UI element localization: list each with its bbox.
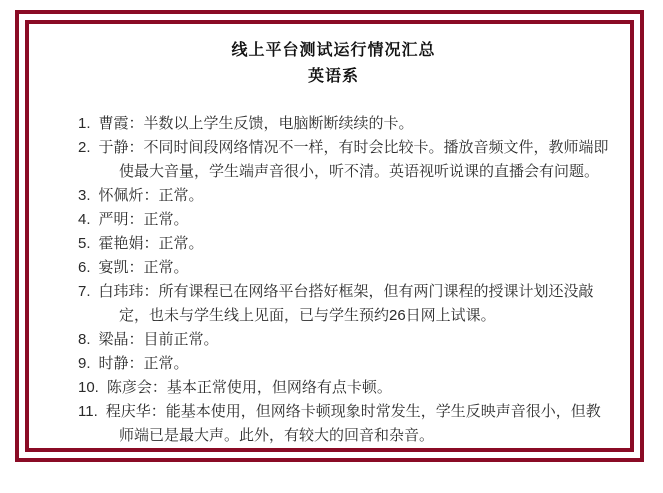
document-content: 线上平台测试运行情况汇总 英语系 1.曹霞：半数以上学生反馈，电脑断断续续的卡。…	[29, 24, 630, 448]
inner-border-frame: 线上平台测试运行情况汇总 英语系 1.曹霞：半数以上学生反馈，电脑断断续续的卡。…	[25, 20, 634, 452]
list-item: 7.白玮玮：所有课程已在网络平台搭好框架，但有两门课程的授课计划还没敲定，也未与…	[53, 280, 614, 328]
document-page: 线上平台测试运行情况汇总 英语系 1.曹霞：半数以上学生反馈，电脑断断续续的卡。…	[0, 0, 663, 493]
item-text: 时静：正常。	[99, 355, 189, 372]
item-number: 9.	[78, 355, 91, 372]
item-number: 3.	[78, 187, 91, 204]
item-text: 程庆华：能基本使用，但网络卡顿现象时常发生，学生反映声音很小，但教师端已是最大声…	[106, 403, 601, 444]
report-list: 1.曹霞：半数以上学生反馈，电脑断断续续的卡。2.于静：不同时间段网络情况不一样…	[53, 112, 614, 448]
item-number: 5.	[78, 235, 91, 252]
item-text: 宴凯：正常。	[99, 259, 189, 276]
item-number: 7.	[78, 283, 91, 300]
item-text: 严明：正常。	[99, 211, 189, 228]
list-item: 10.陈彦会：基本正常使用，但网络有点卡顿。	[53, 376, 614, 400]
item-text: 曹霞：半数以上学生反馈，电脑断断续续的卡。	[99, 115, 414, 132]
list-item: 9.时静：正常。	[53, 352, 614, 376]
item-text: 霍艳娟：正常。	[99, 235, 204, 252]
department-subtitle: 英语系	[53, 64, 614, 90]
list-item: 1.曹霞：半数以上学生反馈，电脑断断续续的卡。	[53, 112, 614, 136]
item-number: 2.	[78, 139, 91, 156]
item-text: 白玮玮：所有课程已在网络平台搭好框架，但有两门课程的授课计划还没敲定，也未与学生…	[99, 283, 594, 324]
list-item: 5.霍艳娟：正常。	[53, 232, 614, 256]
item-text: 梁晶：目前正常。	[99, 331, 219, 348]
item-text: 于静：不同时间段网络情况不一样，有时会比较卡。播放音频文件，教师端即使最大音量，…	[99, 139, 609, 180]
item-number: 8.	[78, 331, 91, 348]
list-item: 3.怀佩炘：正常。	[53, 184, 614, 208]
item-number: 4.	[78, 211, 91, 228]
list-item: 8.梁晶：目前正常。	[53, 328, 614, 352]
item-text: 陈彦会：基本正常使用，但网络有点卡顿。	[107, 379, 392, 396]
list-item: 6.宴凯：正常。	[53, 256, 614, 280]
item-number: 1.	[78, 115, 91, 132]
list-item: 11.程庆华：能基本使用，但网络卡顿现象时常发生，学生反映声音很小，但教师端已是…	[53, 400, 614, 448]
item-number: 11.	[78, 403, 98, 420]
item-text: 怀佩炘：正常。	[99, 187, 204, 204]
item-number: 10.	[78, 379, 99, 396]
list-item: 4.严明：正常。	[53, 208, 614, 232]
item-number: 6.	[78, 259, 91, 276]
document-title: 线上平台测试运行情况汇总	[53, 38, 614, 64]
list-item: 2.于静：不同时间段网络情况不一样，有时会比较卡。播放音频文件，教师端即使最大音…	[53, 136, 614, 184]
outer-border-frame: 线上平台测试运行情况汇总 英语系 1.曹霞：半数以上学生反馈，电脑断断续续的卡。…	[15, 10, 644, 462]
